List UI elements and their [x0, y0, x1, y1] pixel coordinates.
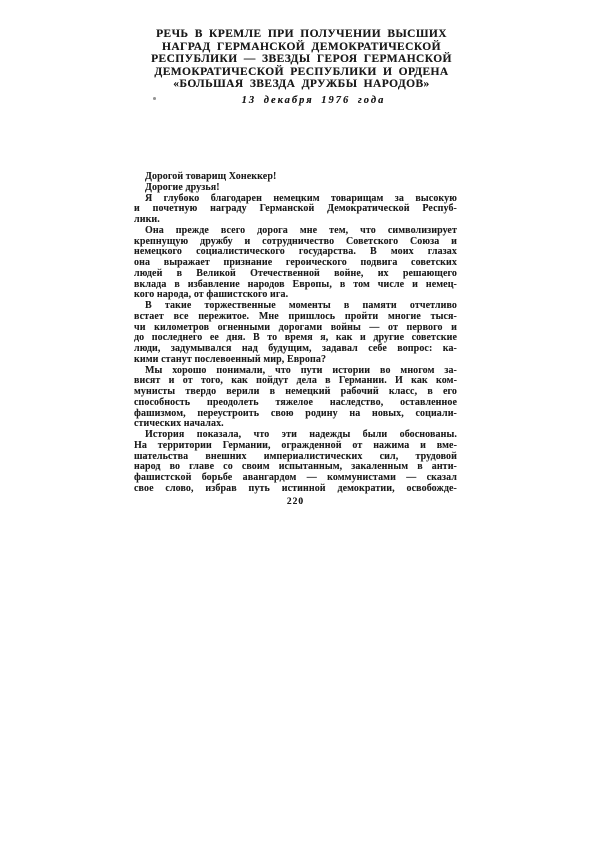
speech-text-line: Она прежде всего дорога мне тем, что сим…: [134, 226, 457, 237]
speech-body: Дорогой товарищ Хонеккер!Дорогие друзья!…: [134, 172, 457, 495]
speech-text-line: и почетную награду Германской Демократич…: [134, 204, 457, 215]
speech-text-line: людей в Великой Отечественной войне, их …: [134, 269, 457, 280]
book-page: РЕЧЬ В КРЕМЛЕ ПРИ ПОЛУЧЕНИИ ВЫСШИХНАГРАД…: [0, 0, 600, 849]
chapter-title-line: «БОЛЬШАЯ ЗВЕЗДА ДРУЖБЫ НАРОДОВ»: [140, 78, 463, 91]
chapter-title: РЕЧЬ В КРЕМЛЕ ПРИ ПОЛУЧЕНИИ ВЫСШИХНАГРАД…: [140, 28, 463, 91]
speech-text-line: встает все пережитое. Мне пришлось пройт…: [134, 312, 457, 323]
chapter-title-line: НАГРАД ГЕРМАНСКОЙ ДЕМОКРАТИЧЕСКОЙ: [140, 41, 463, 54]
speech-text-line: На территории Германии, огражденной от н…: [134, 441, 457, 452]
speech-text-line: способность преодолеть тяжелое наследств…: [134, 398, 457, 409]
speech-date: 13 декабря 1976 года: [152, 95, 475, 107]
page-number: 220: [134, 497, 457, 507]
chapter-title-line: ДЕМОКРАТИЧЕСКОЙ РЕСПУБЛИКИ И ОРДЕНА: [140, 66, 463, 79]
speech-text-line: кими станут послевоенный мир, Европа?: [134, 355, 457, 366]
speech-text-line: свое слово, избрав путь истинной демокра…: [134, 484, 457, 495]
chapter-title-line: РЕСПУБЛИКИ — ЗВЕЗДЫ ГЕРОЯ ГЕРМАНСКОЙ: [140, 53, 463, 66]
speech-text-line: Дорогие друзья!: [134, 183, 457, 194]
chapter-title-line: РЕЧЬ В КРЕМЛЕ ПРИ ПОЛУЧЕНИИ ВЫСШИХ: [140, 28, 463, 41]
